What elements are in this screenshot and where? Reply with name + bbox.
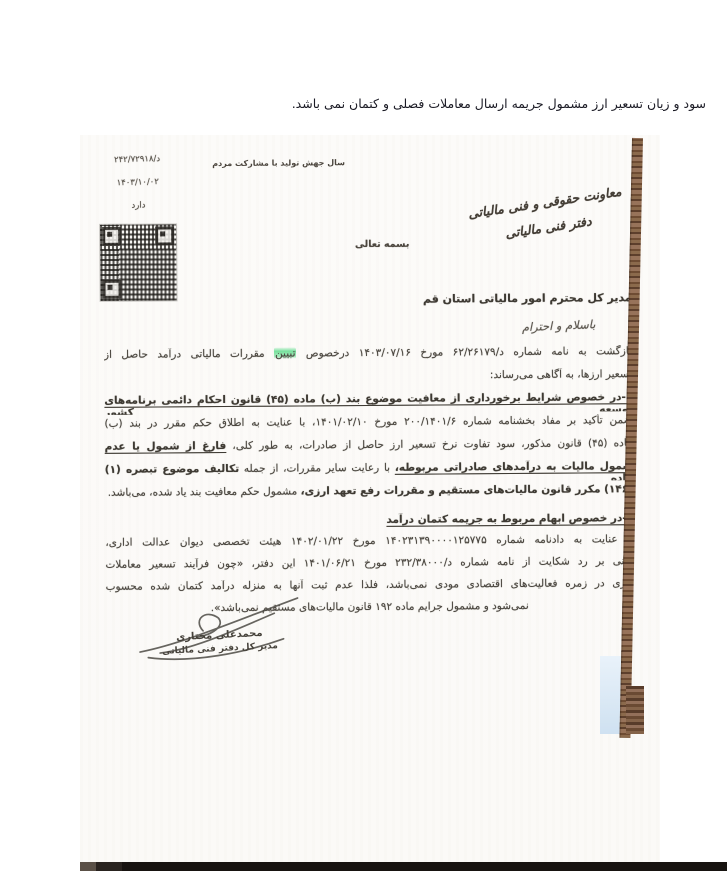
body-text: ماده (۴۵) قانون مذکور، سود تفاوت نرخ تسع… [226,437,632,452]
section2-heading: ۲-در خصوص ابهام مربوط به جریمه کتمان درآ… [105,512,633,536]
verdict-date: ۱۴۰۲/۰۱/۲۲ [291,535,343,547]
section2-line-2: مبنی بر رد شکایت از نامه شماره د/۲۳۲/۳۸۰… [105,555,633,579]
section1-heading: ۱-در خصوص شرایط برخورداری از معافیت موضو… [104,391,632,415]
body-text: هیئت تخصصی دیوان عدالت اداری، [105,536,291,549]
body-text: مشمول حکم معافیت بند یاد شده، می‌باشد. [108,485,301,498]
salutation: باسلام و احترام [522,317,596,334]
section2-line-1: با عنایت به دادنامه شماره ۱۴۰۲۳۱۳۹۰۰۰۰۱۲… [105,533,633,557]
emphasized-text: فارغ از شمول یا عدم [105,440,227,453]
body-text: ، با عنایت به اطلاق حکم مقرر در بند (ب) [104,416,315,429]
paper-edge-strip [626,686,644,734]
body-text: با رعایت سایر مقررات، از جمله [239,462,395,475]
body-text: با عنایت به دادنامه شماره [487,533,634,546]
heading-text: ۲-در خصوص ابهام مربوط به جریمه کتمان درآ… [386,512,633,526]
letter-meta-block: د/۲۴۲/۷۲۹۱۸ ۱۴۰۳/۱۰/۰۲ دارد [94,147,182,218]
office-letter-date: ۱۴۰۱/۰۶/۲۱ [304,557,356,569]
page-caption: سود و زیان تسعیر ارز مشمول جریمه ارسال م… [292,96,706,111]
body-text: این دفتر، «چون فرآیند تسعیر معاملات [105,557,303,570]
body-text: مورخ [343,535,385,547]
qr-finder-icon [155,226,174,245]
signature-block: محمدعلی مختاری مدیر کل دفتر فنی مالیاتی [130,600,306,609]
office-letter-number: د/۲۳۲/۳۸۰۰۰ [395,556,452,568]
emphasized-text: شمول مالیات به درآمدهای صادراتی مربوطه، [395,460,633,474]
section1-line-1: ضمن تأکید بر مفاد بخشنامه شماره ۲۰۰/۱۴۰۱… [104,414,632,438]
reference-number: د/۶۲/۲۶۱۷۹ [453,346,504,358]
circular-number: ۲۰۰/۱۴۰۱/۶ [404,415,456,427]
recipient-line: مدیر کل محترم امور مالیاتی استان قم [104,291,632,315]
intro-text: مورخ [411,346,453,358]
letter-number: د/۲۴۲/۷۲۹۱۸ [94,147,181,172]
year-slogan: سال جهش تولید با مشارکت مردم [189,158,369,168]
qr-finder-icon [102,227,121,246]
reference-date: ۱۴۰۳/۰۷/۱۶ [359,347,411,359]
emphasized-text: (۱۴۶) مکرر قانون مالیات‌های مستقیم و مقر… [301,483,633,497]
bismillah: بسمه تعالی [337,239,427,251]
intro-text: مقررات مالیاتی درآمد حاصل از [104,348,274,361]
intro-line-1: بازگشت به نامه شماره د/۶۲/۲۶۱۷۹ مورخ ۱۴۰… [104,345,632,369]
body-text: مبنی بر رد شکایت از نامه شماره [452,555,633,568]
body-text: مورخ [356,557,395,569]
letter-attachment: دارد [95,193,182,218]
highlighted-word: تبیین [274,348,297,360]
letter-date: ۱۴۰۳/۱۰/۰۲ [94,170,181,195]
section1-line-2: ماده (۴۵) قانون مذکور، سود تفاوت نرخ تسع… [105,437,633,461]
verdict-number: ۱۴۰۲۳۱۳۹۰۰۰۰۱۲۵۷۷۵ [385,534,487,547]
scan-bottom-edge [80,862,727,871]
section1-line-3: شمول مالیات به درآمدهای صادراتی مربوطه، … [105,460,633,484]
letter-body: مدیر کل محترم امور مالیاتی استان قم باسل… [102,133,630,137]
intro-text: درخصوص [296,347,358,359]
body-text: مورخ [368,416,405,428]
section1-line-4: (۱۴۶) مکرر قانون مالیات‌های مستقیم و مقر… [105,483,633,507]
intro-text: بازگشت به نامه شماره [504,345,632,358]
body-text: ضمن تأکید بر مفاد بخشنامه شماره [456,414,632,427]
qr-code [100,224,177,301]
scanned-letter: د/۲۴۲/۷۲۹۱۸ ۱۴۰۳/۱۰/۰۲ دارد سال جهش تولی… [80,135,660,871]
circular-date: ۱۴۰۱/۰۲/۱۰ [315,416,367,428]
letterhead: معاونت حقوقی و فنی مالیاتی دفتر فنی مالی… [466,179,627,251]
intro-line-2: تسعیر ارزها، به آگاهی می‌رساند: [104,368,632,392]
